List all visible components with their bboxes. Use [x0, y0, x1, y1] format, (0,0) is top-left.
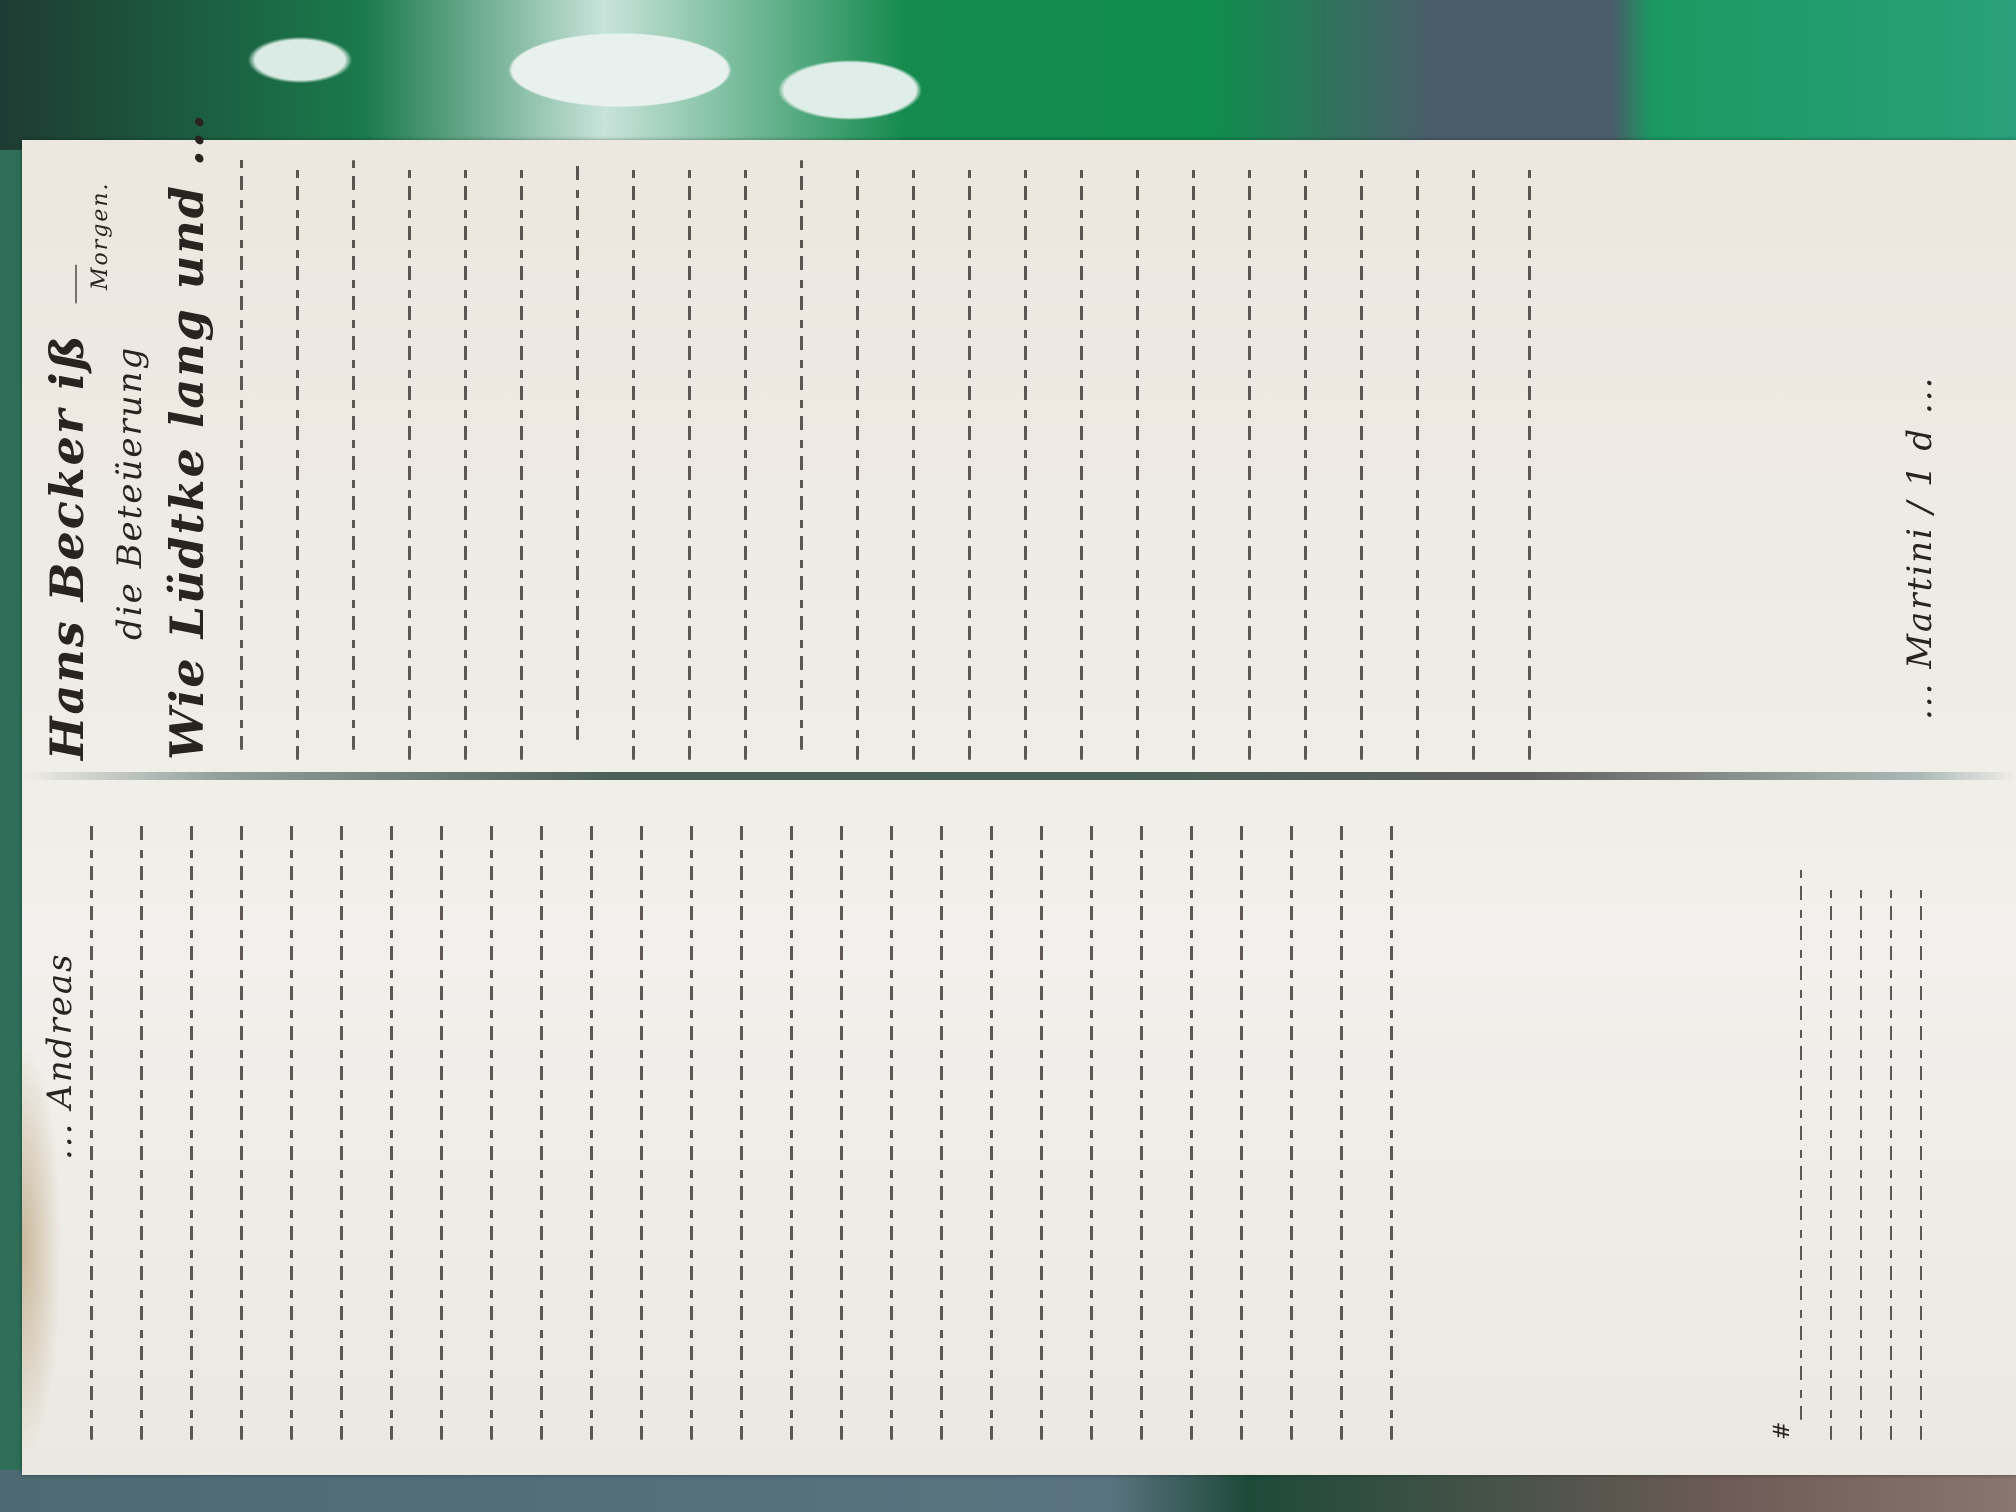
footnote-marker: #: [1770, 1420, 1814, 1440]
manuscript-sheet: [22, 140, 2016, 1475]
lower-first-line: ... Andreas: [40, 952, 84, 1160]
background-bottom: [0, 1470, 2016, 1512]
closing-line: ... Martini / 1 d ...: [1900, 376, 1944, 720]
subtitle: die Beteüerung: [110, 346, 154, 640]
title: Hans Becker iß: [40, 333, 94, 760]
first-line: Wie Lüdtke lang und ...: [160, 112, 204, 760]
fold-line: [22, 772, 2016, 780]
title-correction: Morgen.: [88, 181, 132, 290]
background-top: [0, 0, 2016, 150]
